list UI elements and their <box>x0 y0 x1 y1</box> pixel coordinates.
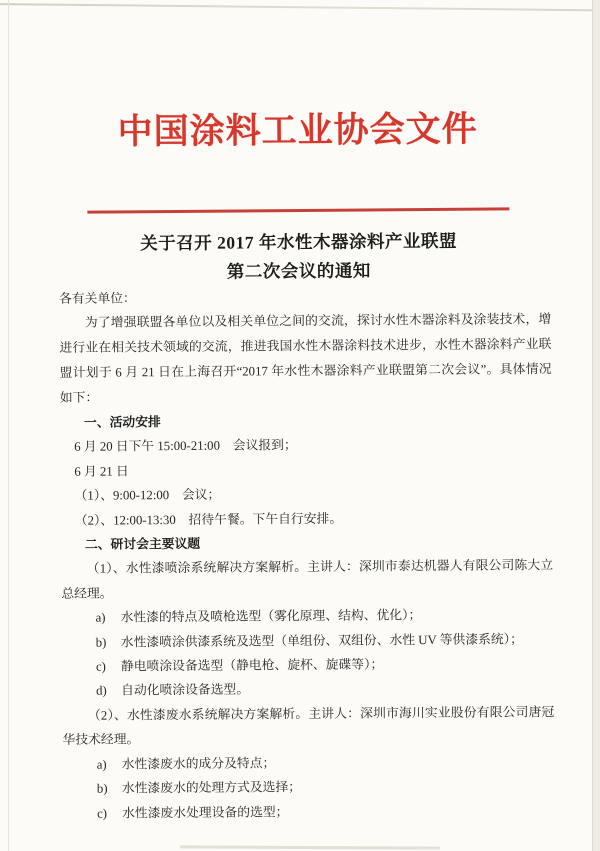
topic1-item-a-text: 水性漆的特点及喷枪选型（雾化原理、结构、优化）； <box>120 608 421 624</box>
topic1-item-b-text: 水性漆喷涂供漆系统及选型（单组份、双组份、水性 UV 等供漆系统）； <box>121 632 523 649</box>
topic1-item-b-marker: b) <box>96 630 121 655</box>
topic1-item-d-marker: d) <box>96 679 121 704</box>
topic1-item-d-text: 自动化喷涂设备选型。 <box>121 683 249 698</box>
topic2-item-c-marker: c) <box>97 801 122 826</box>
topic2-item-c-text: 水性漆废水处理设备的选型； <box>122 805 288 820</box>
topic2-intro: （2）、水性漆废水系统解决方案解析。主讲人：深圳市海川实业股份有限公司唐冠华技术… <box>62 700 554 753</box>
section2-heading: 二、研讨会主要议题 <box>85 529 553 557</box>
topic2-item-a-text: 水性漆废水的成分及特点； <box>122 756 276 771</box>
document-content: 中国涂料工业协会文件 关于召开 2017 年水性木器涂料产业联盟 第二次会议的通… <box>0 0 600 826</box>
scanned-document-page: 中国涂料工业协会文件 关于召开 2017 年水性木器涂料产业联盟 第二次会议的通… <box>0 0 600 851</box>
document-body: 各有关单位： 为了增强联盟各单位以及相关单位之间的交流，探讨水性木器涂料及涂装技… <box>59 284 555 826</box>
letterhead-rule <box>87 207 509 213</box>
topic1-item-c-text: 静电喷涂设备选型（静电枪、旋杯、旋碟等）； <box>121 657 383 673</box>
document-title: 关于召开 2017 年水性木器涂料产业联盟 第二次会议的通知 <box>0 226 599 289</box>
schedule-line-3: （1）、9:00-12:00 会议； <box>74 480 552 508</box>
topic1-item-c-marker: c) <box>96 654 121 679</box>
topic1-item-a-marker: a) <box>95 606 120 631</box>
section1-heading: 一、活动安排 <box>84 407 552 435</box>
schedule-line-4: （2）、12:00-13:30 招待午餐。下午自行安排。 <box>75 505 553 533</box>
topic2-item-c: c)水性漆废水处理设备的选型； <box>63 798 555 826</box>
intro-paragraph: 为了增强联盟各单位以及相关单位之间的交流，探讨水性木器涂料及涂装技术，增进行业在… <box>59 307 552 411</box>
topic2-item-a-marker: a) <box>97 752 122 777</box>
schedule-line-2: 6 月 21 日 <box>74 456 552 484</box>
topic1-item-b: b)水性漆喷涂供漆系统及选型（单组份、双组份、水性 UV 等供漆系统）； <box>62 627 554 655</box>
schedule-line-1: 6 月 20 日下午 15:00-21:00 会议报到； <box>74 431 552 459</box>
scan-edge-bottom <box>180 845 440 849</box>
topic2-item-b-marker: b) <box>97 777 122 802</box>
document-title-line1: 关于召开 2017 年水性木器涂料产业联盟 <box>0 226 599 260</box>
topic1-intro: （1）、水性漆喷涂系统解决方案解析。主讲人：深圳市泰达机器人有限公司陈大立总经理… <box>61 553 553 606</box>
letterhead-title: 中国涂料工业协会文件 <box>0 104 598 159</box>
document-title-line2: 第二次会议的通知 <box>0 255 599 289</box>
topic2-item-b-text: 水性漆废水的处理方式及选择； <box>122 780 301 795</box>
